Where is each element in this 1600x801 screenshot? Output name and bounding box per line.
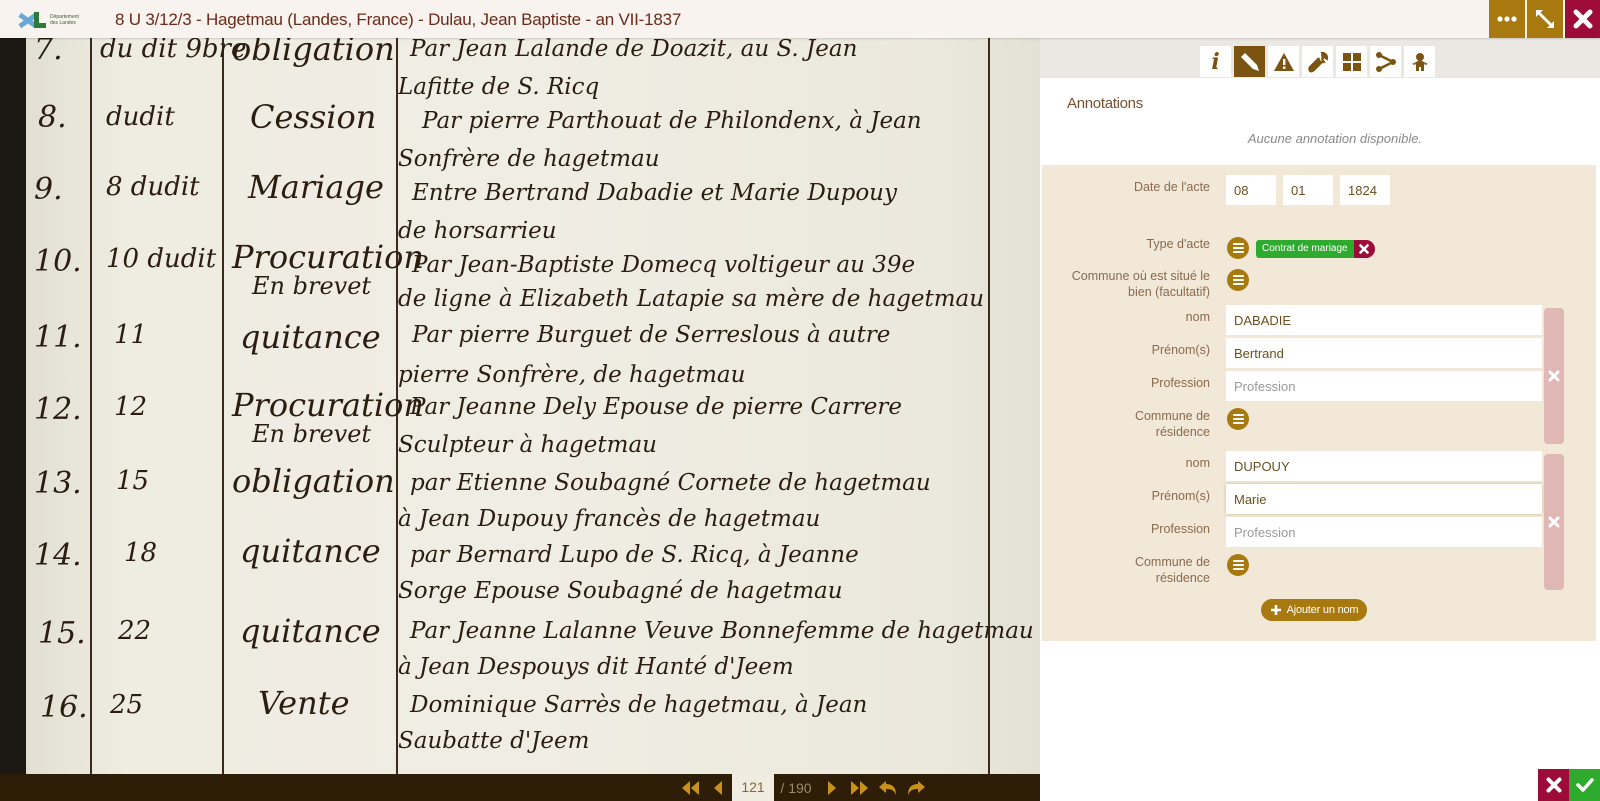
commune-residence-label: Commune de résidence [1130,408,1210,440]
expand-icon [1534,8,1556,30]
previous-page-button[interactable] [704,774,732,801]
tab-grid[interactable] [1336,46,1367,77]
annotation-panel: i Annotations Aucune annotation disponib… [1040,38,1600,801]
tab-warning[interactable] [1268,46,1299,77]
share-icon [1375,51,1397,73]
type-menu-button[interactable] [1227,237,1249,259]
profession-label: Profession [1151,521,1210,537]
tab-info[interactable]: i [1200,46,1231,77]
scan-edge [0,38,26,774]
rotate-left-button[interactable] [874,774,902,801]
logo-text: Département des Landes [50,14,80,26]
prenom-label: Prénom(s) [1152,488,1210,504]
commune-residence-menu-button[interactable] [1227,408,1249,430]
add-name-label: Ajouter un nom [1287,604,1359,616]
close-icon [1573,9,1593,29]
prenom-input[interactable] [1226,338,1542,368]
prenom-input[interactable] [1226,484,1542,514]
type-tag-label: Contrat de mariage [1256,240,1354,258]
more-icon [1497,16,1517,22]
person-icon [1410,52,1430,72]
commune-residence-label: Commune de résidence [1130,554,1210,586]
tab-tools[interactable] [1302,46,1333,77]
page-navigation-bar: / 190 [0,774,1040,801]
pencil-icon [1239,51,1261,73]
warning-icon [1273,52,1295,72]
tab-annotate[interactable] [1234,46,1265,77]
nom-label: nom [1186,309,1210,325]
page-title: 8 U 3/12/3 - Hagetmau (Landes, France) -… [115,0,681,38]
chevron-right-icon [826,780,838,796]
no-annotation-message: Aucune annotation disponible. [1040,131,1600,146]
document-viewer[interactable]: 7. du dit 9bre obligation Par Jean Lalan… [0,38,1040,774]
profession-input[interactable] [1226,371,1542,401]
date-label: Date de l'acte [1134,179,1210,195]
close-icon [1546,777,1562,793]
close-icon [1359,244,1369,254]
commune-residence-menu-button[interactable] [1227,554,1249,576]
current-page-input[interactable] [732,774,774,801]
column-rule [988,38,990,774]
annotations-heading: Annotations [1067,95,1143,112]
checkmark-icon [1576,777,1594,793]
cancel-button[interactable] [1538,769,1569,801]
close-icon [1548,370,1560,382]
chevron-left-icon [712,780,724,796]
last-page-button[interactable] [846,774,874,801]
nom-input[interactable] [1226,305,1542,335]
commune-bien-label: Commune où est situé le bien (facultatif… [1050,268,1210,300]
close-viewer-button[interactable] [1565,0,1600,38]
confirm-button[interactable] [1569,769,1600,801]
rotate-right-icon [906,780,926,796]
type-tag: Contrat de mariage [1256,240,1375,258]
grid-icon [1342,52,1362,72]
profession-input[interactable] [1226,517,1542,547]
info-icon: i [1211,49,1219,75]
next-page-button[interactable] [818,774,846,801]
commune-bien-menu-button[interactable] [1227,269,1249,291]
departement-landes-logo[interactable]: Département des Landes [16,10,86,30]
column-rule [222,38,224,774]
rotate-right-button[interactable] [902,774,930,801]
prenom-label: Prénom(s) [1152,342,1210,358]
remove-person-button[interactable] [1544,454,1564,590]
nom-input[interactable] [1226,451,1542,481]
type-label: Type d'acte [1146,236,1210,252]
first-page-button[interactable] [676,774,704,801]
date-year-input[interactable] [1340,175,1390,205]
logo-mark-icon [16,12,46,28]
fullscreen-button[interactable] [1527,0,1563,38]
nom-label: nom [1186,455,1210,471]
tab-share[interactable] [1370,46,1401,77]
double-chevron-right-icon [850,780,870,796]
panel-tab-strip: i [1040,38,1600,78]
total-pages: / 190 [774,780,818,796]
rotate-left-icon [878,780,898,796]
app-header: Département des Landes 8 U 3/12/3 - Hage… [0,0,1600,38]
date-day-input[interactable] [1226,175,1276,205]
annotation-form: Date de l'acte Type d'acte Contrat de ma… [1042,165,1596,641]
more-options-button[interactable] [1489,0,1525,38]
column-rule [90,38,92,774]
remove-person-button[interactable] [1544,308,1564,444]
remove-type-tag-button[interactable] [1354,240,1375,258]
profession-label: Profession [1151,375,1210,391]
wrench-icon [1307,51,1329,73]
tab-person[interactable] [1404,46,1435,77]
plus-icon [1270,604,1282,616]
double-chevron-left-icon [680,780,700,796]
close-icon [1548,516,1560,528]
add-name-button[interactable]: Ajouter un nom [1261,599,1367,621]
scanned-register-page: 7. du dit 9bre obligation Par Jean Lalan… [26,38,1040,774]
date-month-input[interactable] [1283,175,1333,205]
